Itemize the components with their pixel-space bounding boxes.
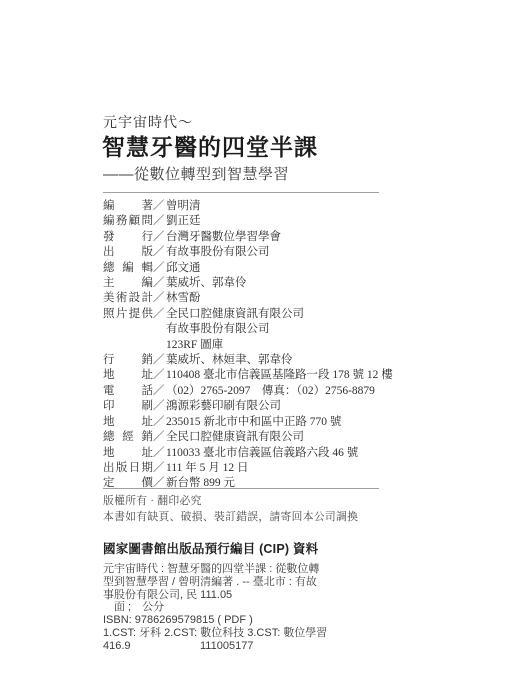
colophon-row: 總編輯／邱文通 [103, 261, 403, 276]
return-notice: 本書如有缺頁、破損、裝訂錯誤，請寄回本公司調換 [103, 510, 358, 526]
colophon-value: 林雪酚 [166, 292, 201, 304]
colophon-value: 235015 新北市中和區中正路 770 號 [166, 416, 341, 428]
colophon-row: 地址／110408 臺北市信義區基隆路一段 178 號 12 樓 [103, 368, 403, 383]
book-title: 智慧牙醫的四堂半課 [102, 129, 318, 162]
colophon-value: （02）2765-2097 傳真：（02）2756-8879 [166, 385, 375, 397]
colophon-separator: ／ [153, 276, 166, 291]
colophon-separator: ／ [153, 291, 166, 306]
colophon-label: 電話 [103, 384, 153, 399]
colophon-value: 鴻源彩藝印刷有限公司 [166, 400, 281, 412]
colophon-separator: ／ [153, 446, 166, 461]
cip-line: 面 ; 公分 [103, 601, 363, 614]
cip-footer: 416.9111005177 [103, 640, 363, 653]
colophon-value: 111 年 5 月 12 日 [166, 462, 249, 474]
cip-line: 1.CST: 牙科 2.CST: 數位科技 3.CST: 數位學習 [103, 627, 363, 640]
colophon-list: 編著／曾明清 編務顧問／劉正廷 發行／台灣牙醫數位學習學會 出版／有故事股份有限… [103, 199, 403, 492]
colophon-separator: ／ [153, 230, 166, 245]
colophon-label: 行銷 [103, 353, 153, 368]
colophon-separator: ／ [153, 261, 166, 276]
colophon-row: 發行／台灣牙醫數位學習學會 [103, 230, 403, 245]
colophon-row: 主編／葉威圻、郭韋伶 [103, 276, 403, 291]
colophon-row: 行銷／葉威圻、林姮聿、郭韋伶 [103, 353, 403, 368]
colophon-label: 總經銷 [103, 430, 153, 445]
colophon-row: 編著／曾明清 [103, 199, 403, 214]
colophon-value: 邱文通 [166, 262, 201, 274]
colophon-label: 主編 [103, 276, 153, 291]
cip-block: 國家圖書館出版品預行編目 (CIP) 資料 元宇宙時代 : 智慧牙醫的四堂半課 … [103, 539, 363, 653]
book-colophon-page: 元宇宙時代～ 智慧牙醫的四堂半課 ——從數位轉型到智慧學習 編著／曾明清 編務顧… [0, 0, 517, 700]
colophon-value: 劉正廷 [166, 215, 201, 227]
colophon-value: 123RF 圖庫 [166, 339, 223, 351]
colophon-row: 總經銷／全民口腔健康資訊有限公司 [103, 430, 403, 445]
colophon-row: 定價／新台幣 899 元 [103, 476, 403, 491]
colophon-separator: ／ [153, 476, 166, 491]
colophon-value: 全民口腔健康資訊有限公司 [166, 431, 304, 443]
colophon-row: 出版日期／111 年 5 月 12 日 [103, 461, 403, 476]
colophon-label: 印刷 [103, 399, 153, 414]
colophon-value: 110408 臺北市信義區基隆路一段 178 號 12 樓 [166, 369, 393, 381]
colophon-label: 地址 [103, 368, 153, 383]
colophon-row: 地址／235015 新北市中和區中正路 770 號 [103, 415, 403, 430]
divider-bottom [103, 488, 379, 489]
colophon-value: 有故事股份有限公司 [166, 323, 270, 335]
cip-line: 事股份有限公司, 民 111.05 [103, 589, 363, 602]
colophon-value: 全民口腔健康資訊有限公司 [166, 308, 304, 320]
colophon-separator: ／ [153, 461, 166, 476]
cip-body: 元宇宙時代 : 智慧牙醫的四堂半課 : 從數位轉 型到智慧學習 / 曾明清編著 … [103, 563, 363, 640]
colophon-label: 總編輯 [103, 261, 153, 276]
cip-ddc-number: 416.9 [103, 640, 200, 653]
colophon-row: 印刷／鴻源彩藝印刷有限公司 [103, 399, 403, 414]
colophon-separator: ／ [153, 384, 166, 399]
cip-line: 型到智慧學習 / 曾明清編著 . -- 臺北市 : 有故 [103, 576, 363, 589]
colophon-value: 曾明清 [166, 200, 201, 212]
colophon-separator: ／ [153, 307, 166, 322]
colophon-label: 定價 [103, 476, 153, 491]
colophon-label: 美術設計 [103, 291, 153, 306]
colophon-separator: ／ [153, 353, 166, 368]
cip-line: 元宇宙時代 : 智慧牙醫的四堂半課 : 從數位轉 [103, 563, 363, 576]
colophon-label: 照片提供 [103, 307, 153, 322]
colophon-row: 出版／有故事股份有限公司 [103, 245, 403, 260]
colophon-separator: ／ [153, 415, 166, 430]
colophon-separator: ／ [153, 430, 166, 445]
cip-line: ISBN: 9786269579815 ( PDF ) [103, 614, 363, 627]
colophon-label: 編著 [103, 199, 153, 214]
cip-record-number: 111005177 [200, 640, 253, 652]
colophon-separator: ／ [153, 245, 166, 260]
colophon-row: 有故事股份有限公司 [103, 322, 403, 337]
cip-heading: 國家圖書館出版品預行編目 (CIP) 資料 [103, 539, 363, 557]
colophon-value: 台灣牙醫數位學習學會 [166, 231, 281, 243]
colophon-row: 美術設計／林雪酚 [103, 291, 403, 306]
divider-top [103, 192, 379, 193]
colophon-separator: ／ [153, 199, 166, 214]
colophon-row: 電話／（02）2765-2097 傳真：（02）2756-8879 [103, 384, 403, 399]
colophon-row: 123RF 圖庫 [103, 338, 403, 353]
colophon-row: 編務顧問／劉正廷 [103, 214, 403, 229]
copyright-notice: 版權所有 · 翻印必究 [103, 494, 358, 510]
colophon-row: 地址／110033 臺北市信義區信義路六段 46 號 [103, 446, 403, 461]
colophon-separator: ／ [153, 399, 166, 414]
book-subtitle: ——從數位轉型到智慧學習 [103, 163, 289, 184]
colophon-value: 葉威圻、郭韋伶 [166, 277, 247, 289]
colophon-separator: ／ [153, 368, 166, 383]
colophon-label: 出版 [103, 245, 153, 260]
colophon-label: 地址 [103, 446, 153, 461]
colophon-value: 110033 臺北市信義區信義路六段 46 號 [166, 447, 358, 459]
colophon-label: 地址 [103, 415, 153, 430]
colophon-label: 出版日期 [103, 461, 153, 476]
colophon-label: 編務顧問 [103, 214, 153, 229]
colophon-value: 葉威圻、林姮聿、郭韋伶 [166, 354, 293, 366]
colophon-label: 發行 [103, 230, 153, 245]
notices-block: 版權所有 · 翻印必究 本書如有缺頁、破損、裝訂錯誤，請寄回本公司調換 [103, 494, 358, 525]
colophon-row: 照片提供／全民口腔健康資訊有限公司 [103, 307, 403, 322]
colophon-separator: ／ [153, 214, 166, 229]
colophon-value: 有故事股份有限公司 [166, 246, 270, 258]
